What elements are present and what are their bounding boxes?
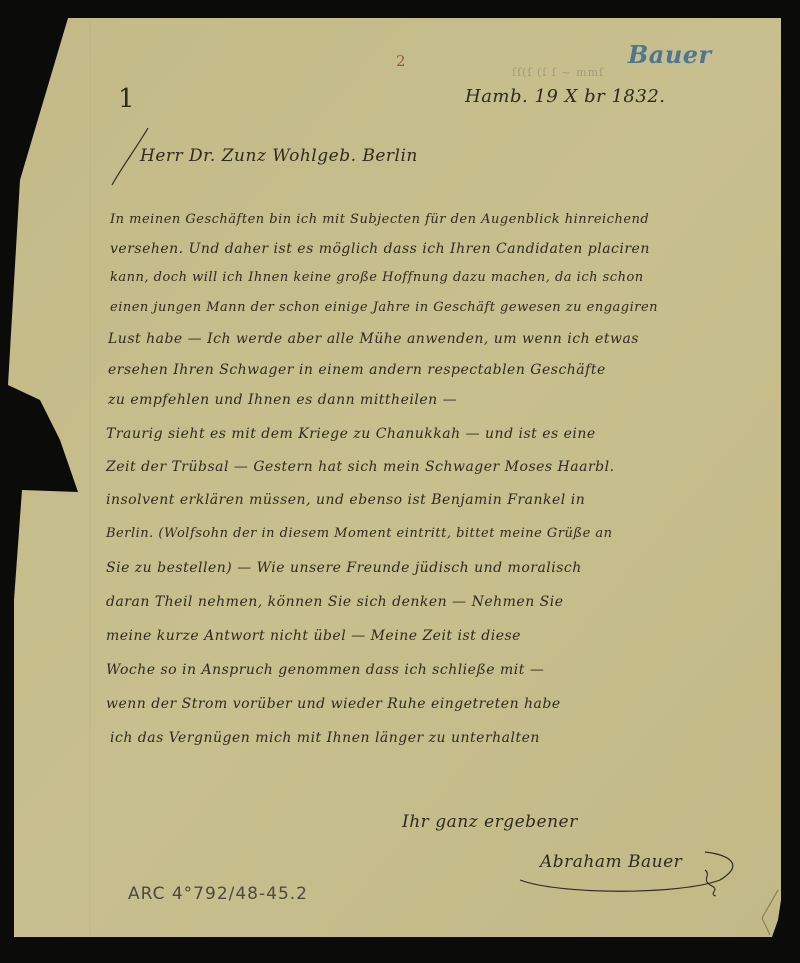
letter-line: Zeit der Trübsal — Gestern hat sich mein… — [106, 459, 615, 475]
letter-line: Sie zu bestellen) — Wie unsere Freunde j… — [106, 560, 582, 576]
letter-line: In meinen Geschäften bin ich mit Subject… — [110, 212, 649, 227]
letter-line: ich das Vergnügen mich mit Ihnen länger … — [110, 730, 540, 746]
letter-line: daran Theil nehmen, können Sie sich denk… — [106, 594, 564, 610]
name-annotation: Bauer — [628, 40, 712, 69]
letter-line: Woche so in Anspruch genommen dass ich s… — [106, 662, 544, 678]
letter-line: insolvent erklären müssen, und ebenso is… — [106, 492, 585, 508]
letter-line: meine kurze Antwort nicht übel — Meine Z… — [106, 628, 521, 644]
letter-line: Lust habe — Ich werde aber alle Mühe anw… — [108, 331, 639, 347]
signature: Abraham Bauer — [540, 852, 682, 872]
letter-line: ersehen Ihren Schwager in einem andern r… — [108, 362, 606, 378]
letter-line: Berlin. (Wolfsohn der in diesem Moment e… — [106, 526, 613, 541]
faint-stamp: ſſ(ſ (ſ ſ ~ mmſ — [512, 66, 604, 79]
letter-line: kann, doch will ich Ihnen keine große Ho… — [110, 270, 644, 285]
letter-line: einen jungen Mann der schon einige Jahre… — [110, 300, 658, 315]
closing: Ihr ganz ergebener — [402, 812, 578, 832]
salutation: Herr Dr. Zunz Wohlgeb. Berlin — [140, 146, 418, 166]
letter-number: 1 — [118, 84, 135, 114]
letter-line: versehen. Und daher ist es möglich dass … — [110, 241, 650, 257]
archive-signature: ARC 4°792/48-45.2 — [128, 884, 308, 904]
place-date: Hamb. 19 X br 1832. — [465, 86, 666, 107]
letter-line: wenn der Strom vorüber und wieder Ruhe e… — [106, 696, 561, 712]
letter-paper — [0, 0, 800, 963]
letter-line: Traurig sieht es mit dem Kriege zu Chanu… — [106, 426, 596, 442]
page-number-annotation: 2 — [396, 52, 406, 70]
letter-line: zu empfehlen und Ihnen es dann mittheile… — [108, 392, 457, 408]
